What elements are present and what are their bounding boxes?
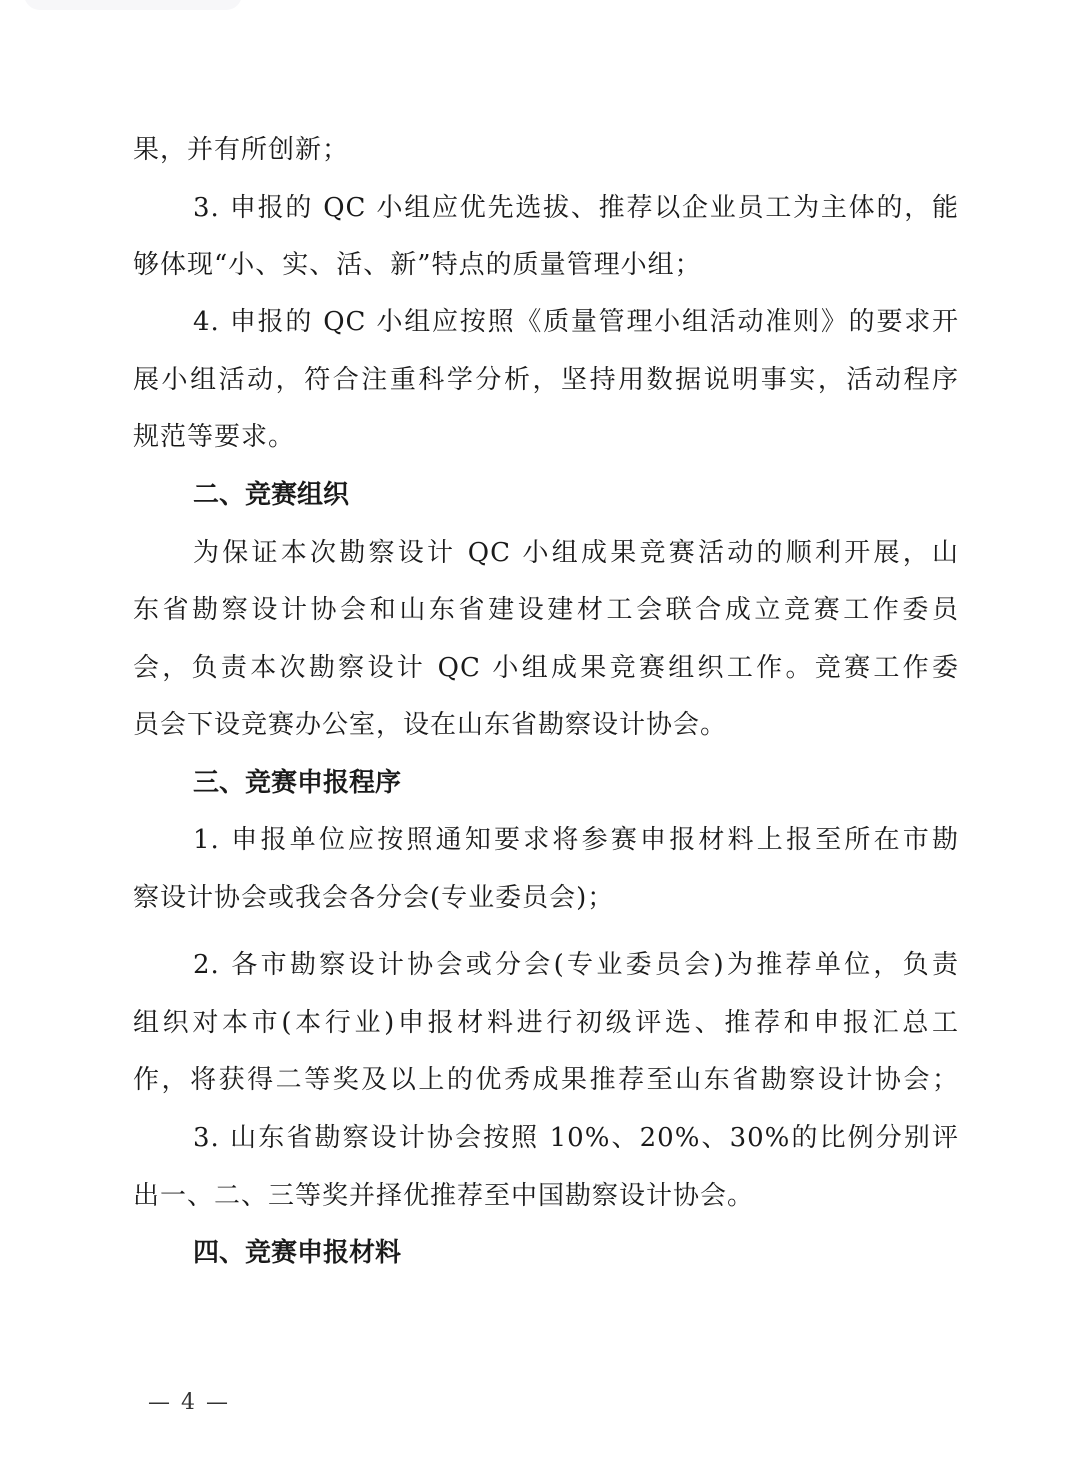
text-line: 展小组活动，符合注重科学分析，坚持用数据说明事实，活动程序 — [133, 360, 959, 400]
text-line: 会，负责本次勘察设计 QC 小组成果竞赛组织工作。竞赛工作委 — [133, 648, 959, 688]
section-heading: 三、竞赛申报程序 — [193, 763, 959, 803]
document-page: 果，并有所创新； 3. 申报的 QC 小组应优先选拔、推荐以企业员工为主体的，能… — [0, 0, 1089, 1480]
text-line: 规范等要求。 — [133, 417, 959, 457]
text-line: 作，将获得二等奖及以上的优秀成果推荐至山东省勘察设计协会； — [133, 1060, 959, 1100]
section-heading: 四、竞赛申报材料 — [193, 1233, 959, 1273]
text-line: 3. 山东省勘察设计协会按照 10%、20%、30%的比例分别评 — [193, 1118, 959, 1158]
text-line: 1. 申报单位应按照通知要求将参赛申报材料上报至所在市勘 — [193, 820, 959, 860]
text-line: 2. 各市勘察设计协会或分会(专业委员会)为推荐单位，负责 — [193, 945, 959, 985]
text-line: 出一、二、三等奖并择优推荐至中国勘察设计协会。 — [133, 1176, 959, 1216]
text-line: 为保证本次勘察设计 QC 小组成果竞赛活动的顺利开展，山 — [193, 533, 959, 573]
text-line: 察设计协会或我会各分会(专业委员会)； — [133, 878, 959, 918]
text-line: 够体现“小、实、活、新”特点的质量管理小组； — [133, 245, 959, 285]
text-line: 组织对本市(本行业)申报材料进行初级评选、推荐和申报汇总工 — [133, 1003, 959, 1043]
text-line: 员会下设竞赛办公室，设在山东省勘察设计协会。 — [133, 705, 959, 745]
text-line: 3. 申报的 QC 小组应优先选拔、推荐以企业员工为主体的，能 — [193, 188, 959, 228]
section-heading: 二、竞赛组织 — [193, 475, 959, 515]
text-line: 东省勘察设计协会和山东省建设建材工会联合成立竞赛工作委员 — [133, 590, 959, 630]
text-line: 果，并有所创新； — [133, 130, 959, 170]
page-number: — 4 — — [148, 1388, 230, 1418]
text-line: 4. 申报的 QC 小组应按照《质量管理小组活动准则》的要求开 — [193, 302, 959, 342]
